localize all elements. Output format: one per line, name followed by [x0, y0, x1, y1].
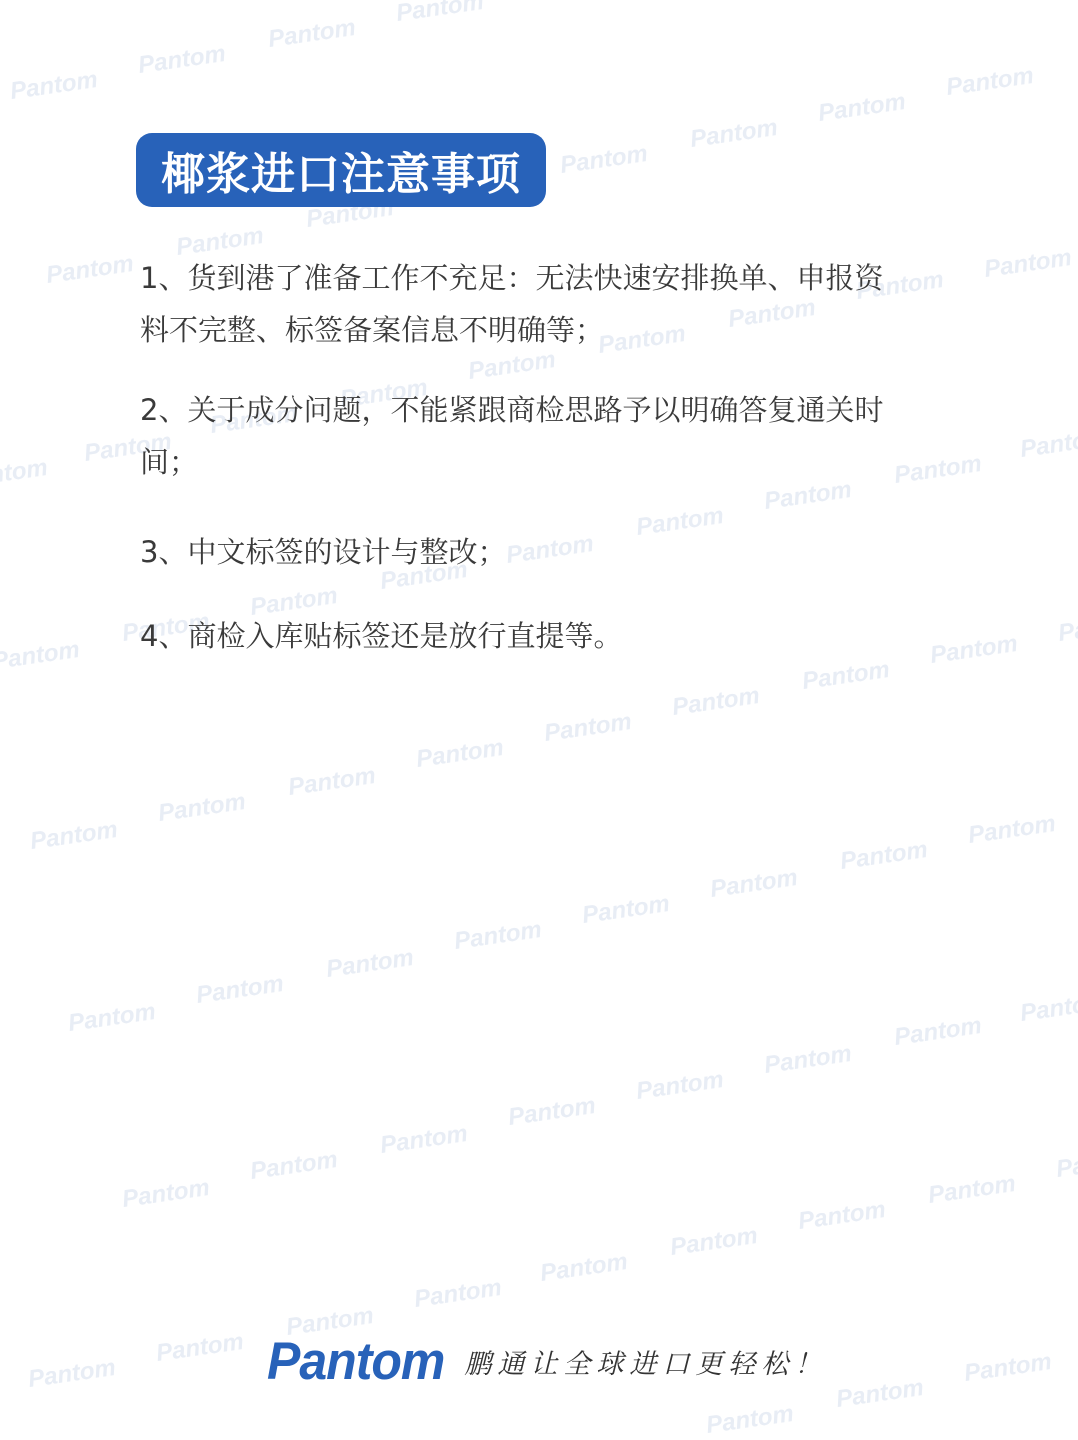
- watermark: Pantom: [982, 244, 1073, 284]
- watermark: Pantom: [8, 66, 99, 106]
- watermark: Pantom: [0, 636, 82, 676]
- watermark: Pantom: [378, 1120, 469, 1160]
- watermark: Pantom: [708, 864, 799, 904]
- list-item: 1、货到港了准备工作不充足：无法快速安排换单、申报资料不完整、标签备案信息不明确…: [140, 252, 885, 356]
- watermark: Pantom: [962, 1348, 1053, 1388]
- watermark: Pantom: [248, 1146, 339, 1186]
- watermark: Pantom: [1054, 1144, 1078, 1184]
- watermark: Pantom: [928, 630, 1019, 670]
- watermark: Pantom: [44, 250, 135, 290]
- watermark: Pantom: [838, 836, 929, 876]
- pantom-logo: Pantom: [267, 1331, 444, 1392]
- watermark: Pantom: [394, 0, 485, 28]
- watermark: Pantom: [120, 1174, 211, 1214]
- watermark: Pantom: [154, 1328, 245, 1368]
- watermark: Pantom: [1056, 608, 1078, 648]
- page-title: 椰浆进口注意事项: [161, 138, 521, 202]
- watermark: Pantom: [266, 14, 357, 54]
- watermark: Pantom: [324, 944, 415, 984]
- watermark: Pantom: [66, 998, 157, 1038]
- watermark: Pantom: [580, 890, 671, 930]
- watermark: Pantom: [412, 1274, 503, 1314]
- watermark: Pantom: [670, 682, 761, 722]
- watermark: Pantom: [966, 810, 1057, 850]
- watermark: Pantom: [800, 656, 891, 696]
- watermark: Pantom: [704, 1400, 795, 1440]
- watermark: Pantom: [668, 1222, 759, 1262]
- watermark: Pantom: [452, 916, 543, 956]
- watermark: Pantom: [136, 40, 227, 80]
- title-badge: 椰浆进口注意事项: [136, 133, 546, 207]
- watermark: Pantom: [926, 1170, 1017, 1210]
- list-item: 2、关于成分问题，不能紧跟商检思路予以明确答复通关时间；: [140, 384, 885, 488]
- watermark: Pantom: [796, 1196, 887, 1236]
- watermark: Pantom: [762, 1040, 853, 1080]
- watermark-layer: Pantom Pantom Pantom Pantom Pantom Panto…: [0, 0, 1078, 1440]
- slogan: 鹏通让全球进口更轻松！: [464, 1342, 827, 1381]
- watermark: Pantom: [834, 1374, 925, 1414]
- watermark: Pantom: [892, 1012, 983, 1052]
- watermark: Pantom: [414, 734, 505, 774]
- watermark: Pantom: [28, 816, 119, 856]
- watermark: Pantom: [194, 970, 285, 1010]
- watermark: Pantom: [944, 62, 1035, 102]
- watermark: Pantom: [26, 1354, 117, 1394]
- watermark: Pantom: [1018, 988, 1078, 1028]
- list-item: 3、中文标签的设计与整改；: [140, 526, 885, 578]
- footer-brand: Pantom 鹏通让全球进口更轻松！: [267, 1332, 827, 1390]
- watermark: Pantom: [816, 88, 907, 128]
- watermark: Pantom: [634, 1066, 725, 1106]
- watermark: Pantom: [156, 788, 247, 828]
- watermark: Pantom: [892, 450, 983, 490]
- list-item: 4、商检入库贴标签还是放行直提等。: [140, 610, 885, 662]
- watermark: Pantom: [538, 1248, 629, 1288]
- watermark: Pantom: [286, 762, 377, 802]
- watermark: Pantom: [1018, 424, 1078, 464]
- watermark: Pantom: [506, 1092, 597, 1132]
- watermark: Pantom: [688, 114, 779, 154]
- watermark: Pantom: [542, 708, 633, 748]
- watermark: Pantom: [0, 454, 50, 494]
- watermark: Pantom: [558, 140, 649, 180]
